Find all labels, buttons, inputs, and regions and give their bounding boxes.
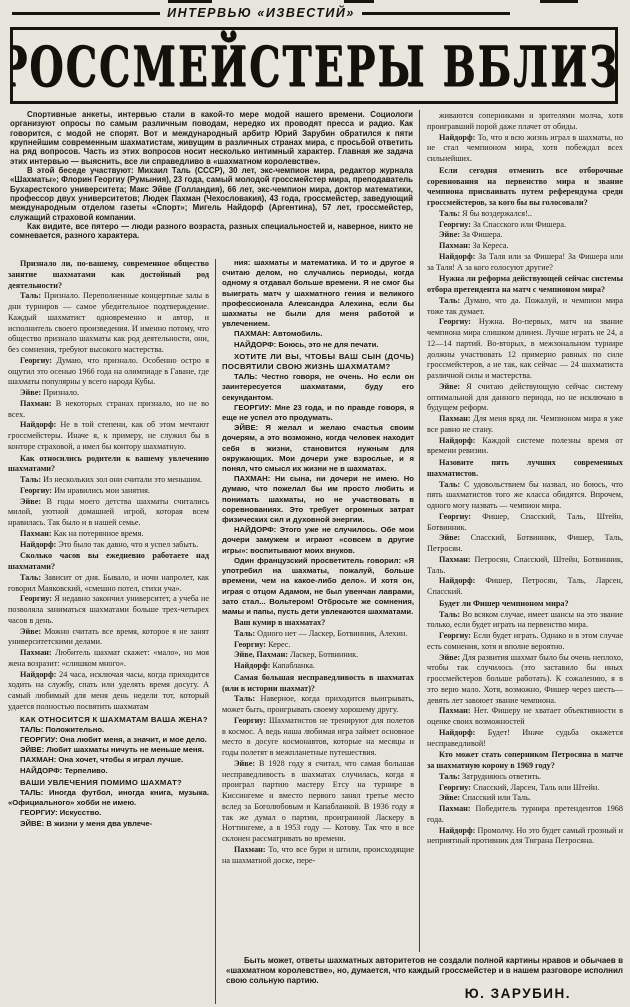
- speaker-name: Пахман:: [20, 399, 56, 408]
- article-column-2: ния: шахматы и математика. И то и другое…: [222, 258, 414, 952]
- column-divider: [215, 259, 216, 1004]
- speaker-name: Георгиу:: [439, 220, 473, 229]
- speaker-name: ЭЙВЕ:: [234, 423, 265, 432]
- speaker-name: ТАЛЬ:: [20, 725, 45, 734]
- speaker-name: Таль:: [439, 296, 464, 305]
- answer-paragraph: Найдорф: Фишер, Петросян, Таль, Ларсен, …: [427, 576, 623, 598]
- question-paragraph: КАК ОТНОСИТСЯ К ШАХМАТАМ ВАША ЖЕНА?: [8, 715, 209, 725]
- answer-paragraph: Найдорф: Капабланка.: [222, 661, 414, 672]
- answer-paragraph: ТАЛЬ: Иногда футбол, иногда книга, музык…: [8, 788, 209, 808]
- speaker-name: Георгиу:: [20, 356, 56, 365]
- answer-paragraph: Эйве: В годы моего детства шахматы счита…: [8, 497, 209, 529]
- answer-paragraph: ТАЛЬ: Положительно.: [8, 725, 209, 735]
- answer-paragraph: Эйве, Пахман: Ласкер, Ботвинник.: [222, 650, 414, 661]
- answer-paragraph: ГЕОРГИУ: Мне 23 года, и по правде говоря…: [222, 403, 414, 423]
- speaker-name: Георгиу:: [439, 631, 473, 640]
- answer-paragraph: Георгиу: Думаю, что признало. Особенно о…: [8, 356, 209, 388]
- answer-paragraph: Пахман: Петросян, Спасский, Штейн, Ботви…: [427, 555, 623, 577]
- intro-paragraph: Спортивные анкеты, интервью стали в како…: [10, 110, 413, 166]
- speaker-name: Найдорф:: [439, 252, 478, 261]
- speaker-name: Эйве:: [439, 382, 466, 391]
- question-paragraph: Как относились родители к вашему увлечен…: [8, 454, 209, 476]
- speaker-name: НАЙДОРФ:: [234, 340, 278, 349]
- speaker-name: Эйве:: [439, 793, 462, 802]
- answer-paragraph: Георгиу: Керес.: [222, 640, 414, 651]
- speaker-name: ТАЛЬ:: [20, 788, 49, 797]
- speaker-name: Таль:: [20, 573, 44, 582]
- speaker-name: Таль:: [439, 209, 462, 218]
- speaker-name: Таль:: [439, 480, 464, 489]
- answer-paragraph: Найдорф: То, что я всю жизнь играл в шах…: [427, 133, 623, 165]
- speaker-name: Таль:: [439, 772, 462, 781]
- answer-paragraph: Пахман: В некоторых странах признало, но…: [8, 399, 209, 421]
- speaker-name: Найдорф:: [439, 133, 478, 142]
- scan-mark: [540, 0, 578, 3]
- answer-paragraph: Эйве: За Фишера.: [427, 230, 623, 241]
- answer-paragraph: Найдорф: Промолчу. Но это будет самый гр…: [427, 826, 623, 848]
- answer-paragraph: Таль: С удовольствием бы назвал, но боюс…: [427, 480, 623, 512]
- answer-paragraph: НАЙДОРФ: Этого уже не случилось. Обе мои…: [222, 525, 414, 556]
- answer-paragraph: Найдорф: Это было так давно, что я успел…: [8, 540, 209, 551]
- speaker-name: ПАХМАН:: [234, 474, 275, 483]
- answer-paragraph: Таль: Затрудняюсь ответить.: [427, 772, 623, 783]
- answer-paragraph: НАЙДОРФ: Боюсь, это не для печати.: [222, 340, 414, 350]
- speaker-name: Найдорф:: [439, 728, 488, 737]
- article-column-1: Признало ли, по-вашему, современное обще…: [8, 258, 209, 1006]
- question-paragraph: Нужна ли реформа действующей сейчас сист…: [427, 274, 623, 296]
- answer-paragraph: Найдорф: Будет! Иначе судьба окажется не…: [427, 728, 623, 750]
- answer-paragraph: ПАХМАН: Автомобиль.: [222, 329, 414, 339]
- answer-paragraph: ГЕОРГИУ: Искусство.: [8, 808, 209, 818]
- speaker-name: ГЕОРГИУ:: [234, 403, 275, 412]
- speaker-name: ТАЛЬ:: [234, 372, 262, 381]
- speaker-name: Георгиу:: [439, 783, 473, 792]
- speaker-name: Георгиу:: [439, 512, 482, 521]
- answer-paragraph: Таль: Я бы воздержался!..: [427, 209, 623, 220]
- speaker-name: Пахман:: [234, 845, 268, 854]
- answer-paragraph: Пахман: Нет. Фишеру не хватает объективн…: [427, 706, 623, 728]
- answer-paragraph: Найдорф: За Таля или за Фишера! За Фишер…: [427, 252, 623, 274]
- answer-paragraph: Найдорф: Каждой системе полезны время от…: [427, 436, 623, 458]
- answer-paragraph: Таль: Во всяком случае, имеет шансы на э…: [427, 610, 623, 632]
- answer-paragraph: Пахман: То, что все бури и штили, происх…: [222, 845, 414, 867]
- answer-paragraph: Таль: Думаю, что да. Пожалуй, и чемпион …: [427, 296, 623, 318]
- answer-paragraph: Найдорф: Не в той степени, как об этом м…: [8, 420, 209, 452]
- speaker-name: Пахман:: [439, 414, 473, 423]
- answer-paragraph: Пахман: Для меня вряд ли. Чемпионом мира…: [427, 414, 623, 436]
- speaker-name: ЭЙВЕ:: [20, 745, 46, 754]
- intro-block: Спортивные анкеты, интервью стали в како…: [10, 110, 413, 256]
- question-paragraph: ХОТИТЕ ЛИ ВЫ, ЧТОБЫ ВАШ СЫН (ДОЧЬ) ПОСВЯ…: [222, 352, 414, 372]
- speaker-name: ЭЙВЕ:: [20, 819, 46, 828]
- answer-paragraph: ПАХМАН: Ни сына, ни дочери не имею. Но д…: [222, 474, 414, 525]
- article-column-3: живаются соперниками и зрителями молча, …: [427, 111, 623, 953]
- article-paragraph: живаются соперниками и зрителями молча, …: [427, 111, 623, 133]
- speaker-name: ГЕОРГИУ:: [20, 808, 60, 817]
- speaker-name: Георгиу:: [439, 317, 479, 326]
- article-paragraph: Один французский просветитель говорил: «…: [222, 556, 414, 617]
- speaker-name: Эйве, Пахман:: [234, 650, 290, 659]
- speaker-name: Пахман:: [20, 648, 55, 657]
- speaker-name: ГЕОРГИУ:: [20, 735, 60, 744]
- answer-paragraph: Пахман: Любитель шахмат скажет: «мало», …: [8, 648, 209, 670]
- answer-paragraph: Георгиу: За Спасского или Фишера.: [427, 220, 623, 231]
- speaker-name: Эйве:: [20, 497, 47, 506]
- speaker-name: Найдорф:: [20, 670, 59, 679]
- closing-note: Быть может, ответы шахматных авторитетов…: [226, 956, 623, 988]
- speaker-name: Эйве:: [439, 653, 462, 662]
- newspaper-page: { "colors": { "paper": "#e7e4dc", "ink":…: [0, 0, 630, 1007]
- answer-paragraph: ЭЙВЕ: Любит шахматы ничуть не меньше мен…: [8, 745, 209, 755]
- answer-paragraph: Георгиу: Им нравились мои занятия.: [8, 486, 209, 497]
- kicker-rule-left: [12, 12, 160, 15]
- scan-mark: [344, 0, 374, 3]
- answer-paragraph: ЭЙВЕ: В жизни у меня два увлече-: [8, 819, 209, 829]
- speaker-name: Найдорф:: [439, 436, 482, 445]
- intro-paragraph: Как видите, все пятеро — люди разного во…: [10, 222, 413, 241]
- speaker-name: Таль:: [234, 629, 257, 638]
- speaker-name: ПАХМАН:: [20, 755, 58, 764]
- answer-paragraph: Эйве: Признало.: [8, 388, 209, 399]
- speaker-name: Георгиу:: [234, 640, 268, 649]
- answer-paragraph: Пахман: За Кереса.: [427, 241, 623, 252]
- question-paragraph: Признало ли, по-вашему, современное обще…: [8, 259, 209, 291]
- answer-paragraph: Георгиу: Фишер, Спасский, Таль, Штейн, Б…: [427, 512, 623, 534]
- speaker-name: Таль:: [20, 291, 44, 300]
- byline: Ю. ЗАРУБИН.: [226, 986, 571, 1001]
- speaker-name: Эйве:: [20, 627, 44, 636]
- answer-paragraph: НАЙДОРФ: Терпеливо.: [8, 766, 209, 776]
- kicker-rule-right: [362, 12, 510, 15]
- kicker-row: ИНТЕРВЬЮ «ИЗВЕСТИЙ»: [12, 6, 510, 20]
- question-paragraph: Если сегодня отменить все отборочные сор…: [427, 166, 623, 209]
- answer-paragraph: ЭЙВЕ: Я желал и желаю счастья своим доче…: [222, 423, 414, 474]
- speaker-name: Георгиу:: [20, 594, 54, 603]
- speaker-name: Георгиу:: [234, 716, 269, 725]
- answer-paragraph: Георгиу: Нужна. Во-первых, матч на звани…: [427, 317, 623, 382]
- question-paragraph: Ваш кумир в шахматах?: [222, 618, 414, 629]
- speaker-name: Эйве:: [234, 759, 259, 768]
- answer-paragraph: Георгиу: Я недавно закончил университет,…: [8, 594, 209, 626]
- speaker-name: НАЙДОРФ:: [234, 525, 280, 534]
- answer-paragraph: Эйве: Можно считать все время, которое я…: [8, 627, 209, 649]
- speaker-name: Эйве:: [20, 388, 43, 397]
- answer-paragraph: Найдорф: 24 часа, исключая часы, когда п…: [8, 670, 209, 713]
- column-divider: [419, 110, 420, 952]
- question-paragraph: Самая большая несправедливость в шахмата…: [222, 673, 414, 695]
- answer-paragraph: Эйве: Для развития шахмат было бы очень …: [427, 653, 623, 707]
- answer-paragraph: Эйве: В 1928 году я считал, что самая бо…: [222, 759, 414, 845]
- scan-mark: [168, 0, 212, 3]
- question-paragraph: ВАШИ УВЛЕЧЕНИЯ ПОМИМО ШАХМАТ?: [8, 778, 209, 788]
- answer-paragraph: Георгиу: Спасский, Ларсен, Таль или Штей…: [427, 783, 623, 794]
- answer-paragraph: Эйве: Спасский, Ботвинник, Фишер, Таль, …: [427, 533, 623, 555]
- answer-paragraph: Таль: Из нескольких зол они считали это …: [8, 475, 209, 486]
- question-paragraph: Назовите пять лучших современных шахмати…: [427, 458, 623, 480]
- answer-paragraph: ТАЛЬ: Честно говоря, не очень. Но если о…: [222, 372, 414, 403]
- question-paragraph: Сколько часов вы ежедневно работаете над…: [8, 551, 209, 573]
- answer-paragraph: ГЕОРГИУ: Она любит меня, а значит, и мое…: [8, 735, 209, 745]
- kicker: ИНТЕРВЬЮ «ИЗВЕСТИЙ»: [167, 6, 355, 20]
- speaker-name: Эйве:: [439, 533, 471, 542]
- answer-paragraph: Эйве: Спасский или Таль.: [427, 793, 623, 804]
- question-paragraph: Кто может стать соперником Петросяна в м…: [427, 750, 623, 772]
- answer-paragraph: Таль: Признало. Переполненные концертные…: [8, 291, 209, 356]
- article-paragraph: ния: шахматы и математика. И то и другое…: [222, 258, 414, 329]
- speaker-name: НАЙДОРФ:: [20, 766, 64, 775]
- answer-paragraph: Пахман: Как на потерянное время.: [8, 529, 209, 540]
- speaker-name: Эйве:: [439, 230, 462, 239]
- speaker-name: Пахман:: [439, 706, 474, 715]
- speaker-name: ПАХМАН:: [234, 329, 272, 338]
- speaker-name: Пахман:: [439, 804, 475, 813]
- answer-paragraph: Таль: Наверное, когда приходится выигрыв…: [222, 694, 414, 716]
- speaker-name: Найдорф:: [20, 540, 58, 549]
- answer-paragraph: Таль: Зависит от дня. Бывало, и ночи нап…: [8, 573, 209, 595]
- headline: ГРОССМЕЙСТЕРЫ ВБЛИЗИ: [10, 33, 618, 99]
- answer-paragraph: Георгиу: Если будет играть. Однако и в э…: [427, 631, 623, 653]
- intro-paragraph: В этой беседе участвуют: Михаил Таль (СС…: [10, 166, 413, 222]
- speaker-name: Пахман:: [439, 241, 473, 250]
- speaker-name: Пахман:: [439, 555, 474, 564]
- answer-paragraph: Пахман: Победитель турнира претендентов …: [427, 804, 623, 826]
- speaker-name: Найдорф:: [234, 661, 272, 670]
- speaker-name: Таль:: [439, 610, 462, 619]
- answer-paragraph: ПАХМАН: Она хочет, чтобы я играл лучше.: [8, 755, 209, 765]
- question-paragraph: Будет ли Фишер чемпионом мира?: [427, 599, 623, 610]
- speaker-name: Таль:: [20, 475, 43, 484]
- speaker-name: Найдорф:: [439, 576, 485, 585]
- speaker-name: Пахман:: [20, 529, 54, 538]
- answer-paragraph: Эйве: Я считаю действующую сейчас систем…: [427, 382, 623, 414]
- answer-paragraph: Таль: Одного нет — Ласкер, Ботвинник, Ал…: [222, 629, 414, 640]
- headline-box: ГРОССМЕЙСТЕРЫ ВБЛИЗИ: [10, 27, 618, 104]
- answer-paragraph: Георгиу: Шахматистов не тренируют для по…: [222, 716, 414, 759]
- speaker-name: Георгиу:: [20, 486, 54, 495]
- speaker-name: Найдорф:: [439, 826, 478, 835]
- speaker-name: Найдорф:: [20, 420, 60, 429]
- speaker-name: Таль:: [234, 694, 261, 703]
